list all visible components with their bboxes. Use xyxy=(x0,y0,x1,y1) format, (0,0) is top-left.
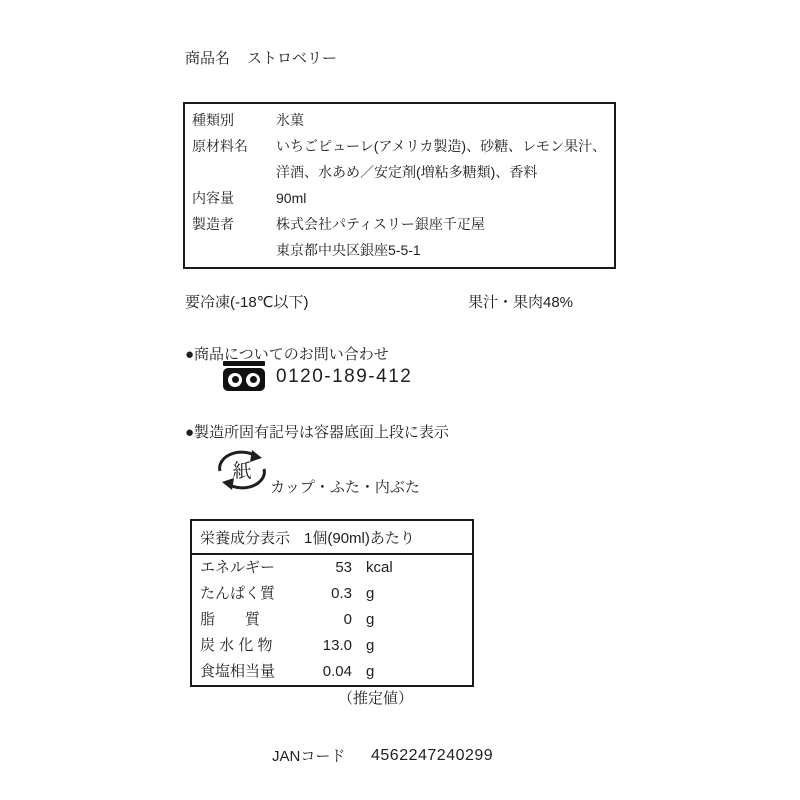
nutrition-note: （推定値） xyxy=(338,689,413,708)
spec-row-ingredients: 原材料名 いちごピューレ(アメリカ製造)、砂糖、レモン果汁、洋酒、水あめ／安定剤… xyxy=(185,133,614,185)
spec-label: 内容量 xyxy=(185,185,276,211)
nutrition-value: 53 xyxy=(302,556,352,580)
nutrition-label: エネルギー xyxy=(200,556,302,580)
nutrition-value: 13.0 xyxy=(302,634,352,658)
nutrition-row-protein: たんぱく質 0.3 g xyxy=(192,581,472,607)
phone-number: 0120-189-412 xyxy=(276,366,412,388)
nutrition-row-energy: エネルギー 53 kcal xyxy=(192,555,472,581)
nutrition-label: たんぱく質 xyxy=(200,582,302,606)
nutrition-title: 栄養成分表示 xyxy=(200,527,290,548)
spec-table: 種類別 氷菓 原材料名 いちごピューレ(アメリカ製造)、砂糖、レモン果汁、洋酒、… xyxy=(183,102,616,269)
manufacturer-address: 東京都中央区銀座5-5-1 xyxy=(276,242,421,258)
nutrition-table: 栄養成分表示 1個(90ml)あたり エネルギー 53 kcal たんぱく質 0… xyxy=(190,519,474,687)
nutrition-unit: g xyxy=(352,660,464,684)
spec-label: 原材料名 xyxy=(185,133,276,185)
freedial-left-circle xyxy=(228,373,242,387)
nutrition-label: 脂 質 xyxy=(200,608,302,632)
nutrition-header: 栄養成分表示 1個(90ml)あたり xyxy=(192,521,472,555)
jan-label: JANコード xyxy=(272,747,345,766)
nutrition-unit: g xyxy=(352,634,464,658)
freedial-right-circle xyxy=(246,373,260,387)
nutrition-row-salt: 食塩相当量 0.04 g xyxy=(192,659,472,685)
nutrition-label: 炭 水 化 物 xyxy=(200,634,302,658)
nutrition-label: 食塩相当量 xyxy=(200,660,302,684)
nutrition-unit: kcal xyxy=(352,556,464,580)
paper-recycle-kanji: 紙 xyxy=(232,460,251,482)
nutrition-value: 0.04 xyxy=(302,660,352,684)
spec-label: 種類別 xyxy=(185,107,276,133)
nutrition-value: 0 xyxy=(302,608,352,632)
paper-recycle-icon: 紙 xyxy=(214,444,270,501)
product-label-page: 商品名 ストロベリー 種類別 氷菓 原材料名 いちごピューレ(アメリカ製造)、砂… xyxy=(0,0,800,800)
nutrition-value: 0.3 xyxy=(302,582,352,606)
freedial-top-bar xyxy=(223,361,265,366)
spec-value: 90ml xyxy=(276,185,614,211)
freedial-body xyxy=(223,368,265,391)
product-name-label: 商品名 xyxy=(185,47,230,68)
nutrition-row-carbohydrate: 炭 水 化 物 13.0 g xyxy=(192,633,472,659)
spec-label: 製造者 xyxy=(185,211,276,263)
freedial-left-dot xyxy=(232,376,239,383)
spec-row-manufacturer: 製造者 株式会社パティスリー銀座千疋屋 東京都中央区銀座5-5-1 xyxy=(185,211,614,263)
spec-value: 株式会社パティスリー銀座千疋屋 東京都中央区銀座5-5-1 xyxy=(276,211,614,263)
freedial-phone-icon xyxy=(223,361,265,392)
spec-row-volume: 内容量 90ml xyxy=(185,185,614,211)
nutrition-unit: g xyxy=(352,582,464,606)
nutrition-unit: g xyxy=(352,608,464,632)
paper-recycle-svg: 紙 xyxy=(214,444,270,496)
storage-instruction: 要冷凍(-18℃以下) xyxy=(185,293,309,312)
product-name-value: ストロベリー xyxy=(247,47,337,68)
product-name-line: 商品名 ストロベリー xyxy=(185,47,337,68)
fruit-content: 果汁・果肉48% xyxy=(468,293,573,312)
nutrition-row-fat: 脂 質 0 g xyxy=(192,607,472,633)
manufacturing-heading: ●製造所固有記号は容器底面上段に表示 xyxy=(185,423,449,442)
spec-row-type: 種類別 氷菓 xyxy=(185,107,614,133)
jan-code: 4562247240299 xyxy=(371,747,493,765)
spec-value: 氷菓 xyxy=(276,107,614,133)
spec-value: いちごピューレ(アメリカ製造)、砂糖、レモン果汁、洋酒、水あめ／安定剤(増粘多糖… xyxy=(276,133,614,185)
manufacturer-name: 株式会社パティスリー銀座千疋屋 xyxy=(276,216,485,232)
freedial-right-dot xyxy=(250,376,257,383)
contact-heading: ●商品についてのお問い合わせ xyxy=(185,345,389,364)
nutrition-per-serving: 1個(90ml)あたり xyxy=(304,527,415,548)
recycle-targets: カップ・ふた・内ぶた xyxy=(270,478,420,497)
